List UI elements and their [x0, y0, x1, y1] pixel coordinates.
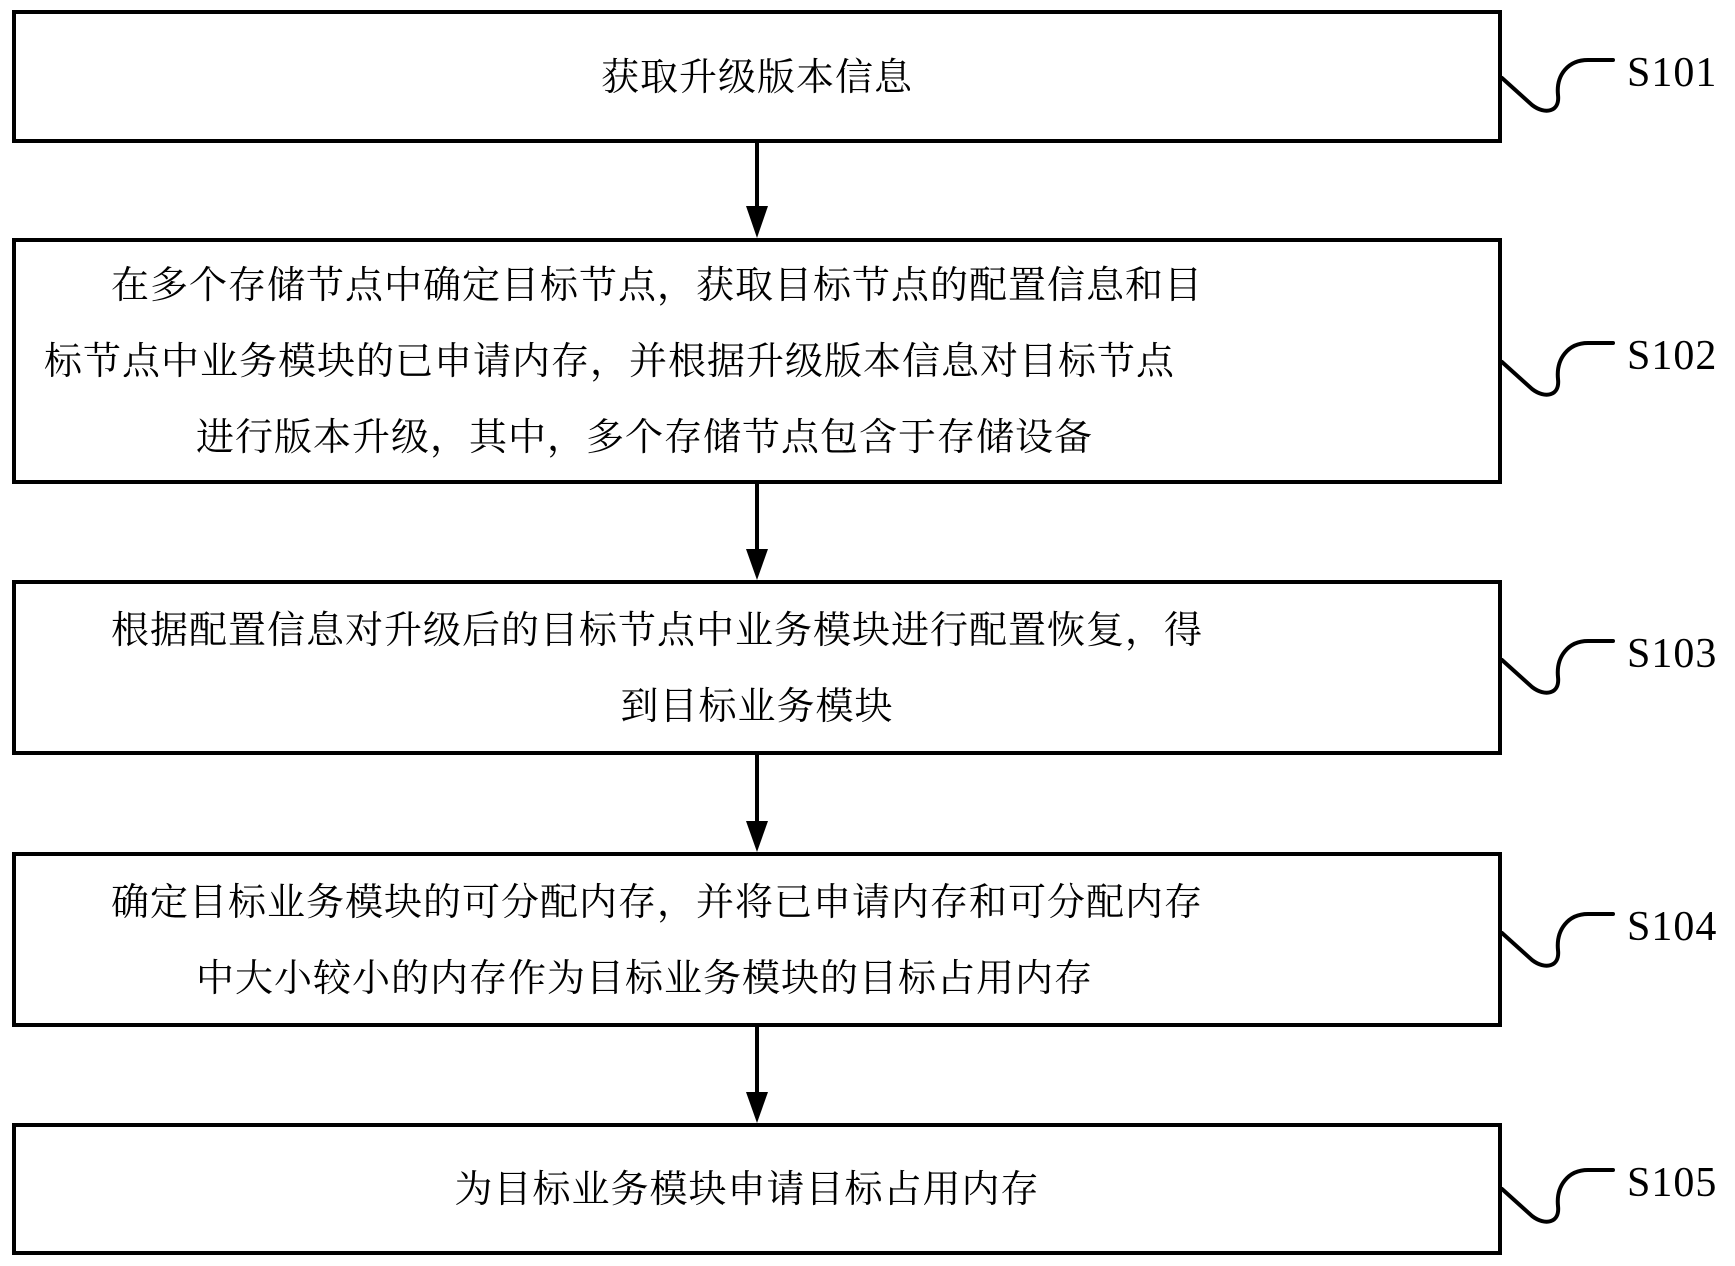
step-text-line: 在多个存储节点中确定目标节点，获取目标节点的配置信息和目: [16, 247, 1498, 323]
step-box-s101: 获取升级版本信息: [12, 10, 1502, 143]
step-text-line: 进行版本升级，其中，多个存储节点包含于存储设备: [16, 399, 1498, 475]
leader-s105-icon: [1502, 1170, 1613, 1222]
arrow-s103-to-s104-icon: [746, 755, 768, 852]
arrow-s102-to-s103-icon: [746, 484, 768, 580]
step-text-line: 到目标业务模块: [16, 668, 1498, 744]
step-text-line: 标节点中业务模块的已申请内存，并根据升级版本信息对目标节点: [16, 323, 1498, 399]
leader-s104-icon: [1502, 914, 1613, 966]
step-box-s105: 为目标业务模块申请目标占用内存: [12, 1123, 1502, 1255]
step-text-line: 根据配置信息对升级后的目标节点中业务模块进行配置恢复，得: [16, 592, 1498, 668]
step-label-s104: S104: [1627, 906, 1717, 948]
arrow-s104-to-s105-icon: [746, 1027, 768, 1123]
leader-s101-icon: [1502, 60, 1613, 111]
step-text-line: 中大小较小的内存作为目标业务模块的目标占用内存: [16, 940, 1498, 1016]
step-box-s103: 根据配置信息对升级后的目标节点中业务模块进行配置恢复，得 到目标业务模块: [12, 580, 1502, 755]
step-label-s103: S103: [1627, 633, 1717, 675]
step-label-s101: S101: [1627, 52, 1717, 94]
leader-s102-icon: [1502, 343, 1613, 395]
step-text-line: 确定目标业务模块的可分配内存，并将已申请内存和可分配内存: [16, 864, 1498, 940]
step-box-s104: 确定目标业务模块的可分配内存，并将已申请内存和可分配内存 中大小较小的内存作为目…: [12, 852, 1502, 1027]
leader-s103-icon: [1502, 641, 1613, 693]
step-label-s105: S105: [1627, 1162, 1717, 1204]
step-leader-lines: [1502, 60, 1613, 1222]
step-box-s102: 在多个存储节点中确定目标节点，获取目标节点的配置信息和目 标节点中业务模块的已申…: [12, 238, 1502, 484]
step-text-line: 为目标业务模块申请目标占用内存: [16, 1151, 1498, 1227]
step-label-s102: S102: [1627, 335, 1717, 377]
step-text-line: 获取升级版本信息: [16, 39, 1498, 115]
arrow-s101-to-s102-icon: [746, 143, 768, 238]
